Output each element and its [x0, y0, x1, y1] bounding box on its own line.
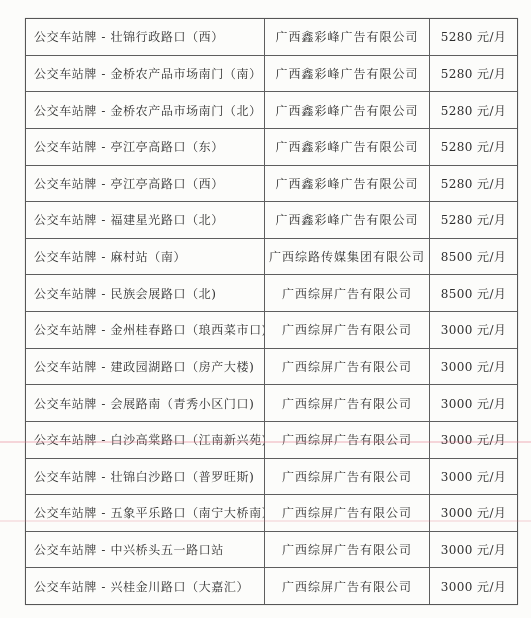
company-cell: 广西综屏广告有限公司 [265, 495, 430, 531]
stop-location-cell: 公交车站牌 - 金桥农产品市场南门（北） [26, 92, 265, 128]
bus-stop-ad-price-table: 公交车站牌 - 壮锦行政路口（西） 广西鑫彩峰广告有限公司 5280 元/月 公… [25, 18, 518, 605]
table-row: 公交车站牌 - 亭江亭高路口（西） 广西鑫彩峰广告有限公司 5280 元/月 [26, 166, 517, 203]
price-cell: 3000 元/月 [430, 532, 517, 568]
stop-location-cell: 公交车站牌 - 会展路南（青秀小区门口) [26, 385, 265, 421]
table-row: 公交车站牌 - 壮锦行政路口（西） 广西鑫彩峰广告有限公司 5280 元/月 [26, 19, 517, 56]
table-row: 公交车站牌 - 麻村站（南） 广西综路传媒集团有限公司 8500 元/月 [26, 239, 517, 276]
price-cell: 3000 元/月 [430, 568, 517, 604]
price-cell: 3000 元/月 [430, 349, 517, 385]
table-row: 公交车站牌 - 福建星光路口（北） 广西鑫彩峰广告有限公司 5280 元/月 [26, 202, 517, 239]
company-cell: 广西鑫彩峰广告有限公司 [265, 19, 430, 55]
table-row: 公交车站牌 - 中兴桥头五一路口站 广西综屏广告有限公司 3000 元/月 [26, 532, 517, 569]
company-cell: 广西鑫彩峰广告有限公司 [265, 129, 430, 165]
company-cell: 广西综屏广告有限公司 [265, 459, 430, 495]
price-cell: 5280 元/月 [430, 166, 517, 202]
table-row: 公交车站牌 - 金州桂春路口（琅西菜市口) 广西综屏广告有限公司 3000 元/… [26, 312, 517, 349]
price-cell: 8500 元/月 [430, 239, 517, 275]
stop-location-cell: 公交车站牌 - 福建星光路口（北） [26, 202, 265, 238]
stop-location-cell: 公交车站牌 - 兴桂金川路口（大嘉汇） [26, 568, 265, 604]
stop-location-cell: 公交车站牌 - 中兴桥头五一路口站 [26, 532, 265, 568]
table-row: 公交车站牌 - 亭江亭高路口（东） 广西鑫彩峰广告有限公司 5280 元/月 [26, 129, 517, 166]
company-cell: 广西综屏广告有限公司 [265, 568, 430, 604]
scanned-document-page: 公交车站牌 - 壮锦行政路口（西） 广西鑫彩峰广告有限公司 5280 元/月 公… [0, 0, 531, 618]
company-cell: 广西鑫彩峰广告有限公司 [265, 202, 430, 238]
company-cell: 广西鑫彩峰广告有限公司 [265, 56, 430, 92]
table-row: 公交车站牌 - 会展路南（青秀小区门口) 广西综屏广告有限公司 3000 元/月 [26, 385, 517, 422]
company-cell: 广西综路传媒集团有限公司 [265, 239, 430, 275]
price-cell: 3000 元/月 [430, 385, 517, 421]
price-cell: 3000 元/月 [430, 459, 517, 495]
price-cell: 8500 元/月 [430, 275, 517, 311]
price-cell: 5280 元/月 [430, 19, 517, 55]
stop-location-cell: 公交车站牌 - 五象平乐路口（南宁大桥南） [26, 495, 265, 531]
company-cell: 广西综屏广告有限公司 [265, 532, 430, 568]
company-cell: 广西综屏广告有限公司 [265, 349, 430, 385]
price-cell: 5280 元/月 [430, 202, 517, 238]
table-row: 公交车站牌 - 兴桂金川路口（大嘉汇） 广西综屏广告有限公司 3000 元/月 [26, 568, 517, 604]
stop-location-cell: 公交车站牌 - 白沙高棠路口（江南新兴苑) [26, 422, 265, 458]
stop-location-cell: 公交车站牌 - 亭江亭高路口（东） [26, 129, 265, 165]
stop-location-cell: 公交车站牌 - 民族会展路口（北) [26, 275, 265, 311]
table-row: 公交车站牌 - 民族会展路口（北) 广西综屏广告有限公司 8500 元/月 [26, 275, 517, 312]
table-row: 公交车站牌 - 金桥农产品市场南门（北） 广西鑫彩峰广告有限公司 5280 元/… [26, 92, 517, 129]
stop-location-cell: 公交车站牌 - 亭江亭高路口（西） [26, 166, 265, 202]
stop-location-cell: 公交车站牌 - 金州桂春路口（琅西菜市口) [26, 312, 265, 348]
company-cell: 广西综屏广告有限公司 [265, 275, 430, 311]
company-cell: 广西综屏广告有限公司 [265, 312, 430, 348]
price-cell: 5280 元/月 [430, 129, 517, 165]
stop-location-cell: 公交车站牌 - 建政园湖路口（房产大楼) [26, 349, 265, 385]
price-cell: 3000 元/月 [430, 312, 517, 348]
price-cell: 5280 元/月 [430, 56, 517, 92]
table-row: 公交车站牌 - 金桥农产品市场南门（南） 广西鑫彩峰广告有限公司 5280 元/… [26, 56, 517, 93]
stop-location-cell: 公交车站牌 - 金桥农产品市场南门（南） [26, 56, 265, 92]
company-cell: 广西鑫彩峰广告有限公司 [265, 166, 430, 202]
company-cell: 广西综屏广告有限公司 [265, 422, 430, 458]
table-row: 公交车站牌 - 建政园湖路口（房产大楼) 广西综屏广告有限公司 3000 元/月 [26, 349, 517, 386]
table-row: 公交车站牌 - 白沙高棠路口（江南新兴苑) 广西综屏广告有限公司 3000 元/… [26, 422, 517, 459]
stop-location-cell: 公交车站牌 - 壮锦行政路口（西） [26, 19, 265, 55]
company-cell: 广西鑫彩峰广告有限公司 [265, 92, 430, 128]
stop-location-cell: 公交车站牌 - 麻村站（南） [26, 239, 265, 275]
stop-location-cell: 公交车站牌 - 壮锦白沙路口（普罗旺斯) [26, 459, 265, 495]
price-cell: 5280 元/月 [430, 92, 517, 128]
price-cell: 3000 元/月 [430, 495, 517, 531]
price-cell: 3000 元/月 [430, 422, 517, 458]
company-cell: 广西综屏广告有限公司 [265, 385, 430, 421]
table-row: 公交车站牌 - 五象平乐路口（南宁大桥南） 广西综屏广告有限公司 3000 元/… [26, 495, 517, 532]
table-row: 公交车站牌 - 壮锦白沙路口（普罗旺斯) 广西综屏广告有限公司 3000 元/月 [26, 459, 517, 496]
